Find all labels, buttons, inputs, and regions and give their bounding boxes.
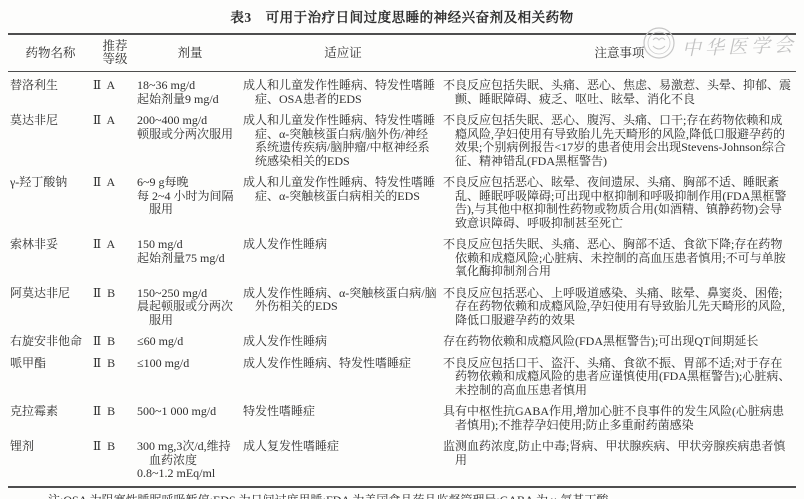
indication-cell: 成人发作性睡病 [243,335,443,349]
table-title: 表3 可用于治疗日间过度思睡的神经兴奋剂及相关药物 [0,0,804,26]
grade-cell: Ⅱ B [93,440,137,481]
precaution-cell: 不良反应包括恶心、上呼吸道感染、头痛、眩晕、鼻窦炎、困倦;存在药物依赖和成瘾风险… [443,287,796,328]
precaution-cell: 不良反应包括失眠、恶心、腹泻、头痛、口干;存在药物依赖和成瘾风险,孕妇使用有导致… [443,114,796,168]
drug-name-cell: 锂剂 [8,440,93,481]
dose-cell: 6~9 g每晚每 2~4 小时为间隔服用 [137,176,243,230]
grade-cell: Ⅱ A [93,79,137,106]
grade-cell: Ⅱ B [93,335,137,349]
indication-cell: 成人和儿童发作性睡病、特发性嗜睡症、α-突触核蛋白病相关的EDS [243,176,443,230]
grade-cell: Ⅱ A [93,114,137,168]
table-row: 莫达非尼 Ⅱ A 200~400 mg/d顿服或分两次服用 成人和儿童发作性睡病… [8,109,796,171]
drug-name-cell: 哌甲酯 [8,357,93,398]
drug-table: 药物名称 推荐等级 剂量 适应证 注意事项 替洛利生 Ⅱ A 18~36 mg/… [8,33,796,488]
table-row: 哌甲酯 Ⅱ B ≤100 mg/d 成人发作性睡病、特发性嗜睡症 不良反应包括口… [8,352,796,401]
indication-cell: 成人发作性睡病 [243,238,443,279]
indication-cell: 成人复发性嗜睡症 [243,440,443,481]
drug-name-cell: 索林非妥 [8,238,93,279]
precaution-cell: 不良反应包括恶心、眩晕、夜间遗尿、头痛、胸部不适、睡眠紊乱、睡眠呼吸障碍;可出现… [443,176,796,230]
grade-cell: Ⅱ B [93,287,137,328]
table-row: 锂剂 Ⅱ B 300 mg,3次/d,维持血药浓度0.8~1.2 mEq/ml … [8,435,796,484]
drug-name-cell: 阿莫达非尼 [8,287,93,328]
header-indication: 适应证 [243,47,443,60]
precaution-cell: 具有中枢性抗GABA作用,增加心脏不良事件的发生风险(心脏病患者慎用);不推荐孕… [443,405,796,432]
precaution-cell: 监测血药浓度,防止中毒;肾病、甲状腺疾病、甲状旁腺疾病患者慎用 [443,440,796,481]
drug-name-cell: 克拉霉素 [8,405,93,432]
precaution-cell: 存在药物依赖和成瘾风险(FDA黑框警告);可出现QT间期延长 [443,335,796,349]
header-drug-name: 药物名称 [8,47,93,60]
indication-cell: 特发性嗜睡症 [243,405,443,432]
dose-cell: ≤100 mg/d [137,357,243,398]
dose-cell: ≤60 mg/d [137,335,243,349]
grade-cell: Ⅱ B [93,357,137,398]
header-dose: 剂量 [137,47,243,60]
grade-cell: Ⅱ B [93,405,137,432]
table-row: 索林非妥 Ⅱ A 150 mg/d起始剂量75 mg/d 成人发作性睡病 不良反… [8,233,796,282]
precaution-cell: 不良反应包括失眠、头痛、恶心、焦虑、易激惹、头晕、抑郁、震颤、睡眠障碍、疲乏、呕… [443,79,796,106]
grade-cell: Ⅱ A [93,238,137,279]
table-row: 替洛利生 Ⅱ A 18~36 mg/d起始剂量9 mg/d 成人和儿童发作性睡病… [8,74,796,109]
indication-cell: 成人和儿童发作性睡病、特发性嗜睡症、α-突触核蛋白病/脑外伤/神经系统遗传疾病/… [243,114,443,168]
drug-name-cell: γ-羟丁酸钠 [8,176,93,230]
table-row: 克拉霉素 Ⅱ B 500~1 000 mg/d 特发性嗜睡症 具有中枢性抗GAB… [8,400,796,435]
header-precaution: 注意事项 [443,47,796,60]
indication-cell: 成人发作性睡病、α-突触核蛋白病/脑外伤相关的EDS [243,287,443,328]
precaution-cell: 不良反应包括失眠、头痛、恶心、胸部不适、食欲下降;存在药物依赖和成瘾风险;心脏病… [443,238,796,279]
table-body: 替洛利生 Ⅱ A 18~36 mg/d起始剂量9 mg/d 成人和儿童发作性睡病… [8,72,796,486]
indication-cell: 成人发作性睡病、特发性嗜睡症 [243,357,443,398]
dose-cell: 500~1 000 mg/d [137,405,243,432]
table-row: 右旋安非他命 Ⅱ B ≤60 mg/d 成人发作性睡病 存在药物依赖和成瘾风险(… [8,330,796,352]
drug-name-cell: 莫达非尼 [8,114,93,168]
dose-cell: 300 mg,3次/d,维持血药浓度0.8~1.2 mEq/ml [137,440,243,481]
drug-name-cell: 替洛利生 [8,79,93,106]
drug-name-cell: 右旋安非他命 [8,335,93,349]
precaution-cell: 不良反应包括口干、盗汗、头痛、食欲不振、胃部不适;对于存在药物依赖和成瘾风险的患… [443,357,796,398]
grade-cell: Ⅱ A [93,176,137,230]
dose-cell: 200~400 mg/d顿服或分两次服用 [137,114,243,168]
dose-cell: 150 mg/d起始剂量75 mg/d [137,238,243,279]
table-header-row: 药物名称 推荐等级 剂量 适应证 注意事项 [8,35,796,72]
indication-cell: 成人和儿童发作性睡病、特发性嗜睡症、OSA患者的EDS [243,79,443,106]
table-row: 阿莫达非尼 Ⅱ B 150~250 mg/d晨起顿服或分两次服用 成人发作性睡病… [8,282,796,331]
table-footnote: 注:OSA 为阻塞性睡眠呼吸暂停;EDS 为日间过度思睡;FDA 为美国食品药品… [8,493,796,499]
journal-table-page: 表3 可用于治疗日间过度思睡的神经兴奋剂及相关药物 中华医学会 药物名称 推荐等… [0,0,804,499]
table-row: γ-羟丁酸钠 Ⅱ A 6~9 g每晚每 2~4 小时为间隔服用 成人和儿童发作性… [8,171,796,233]
dose-cell: 18~36 mg/d起始剂量9 mg/d [137,79,243,106]
header-recommendation-grade: 推荐等级 [93,40,137,66]
dose-cell: 150~250 mg/d晨起顿服或分两次服用 [137,287,243,328]
